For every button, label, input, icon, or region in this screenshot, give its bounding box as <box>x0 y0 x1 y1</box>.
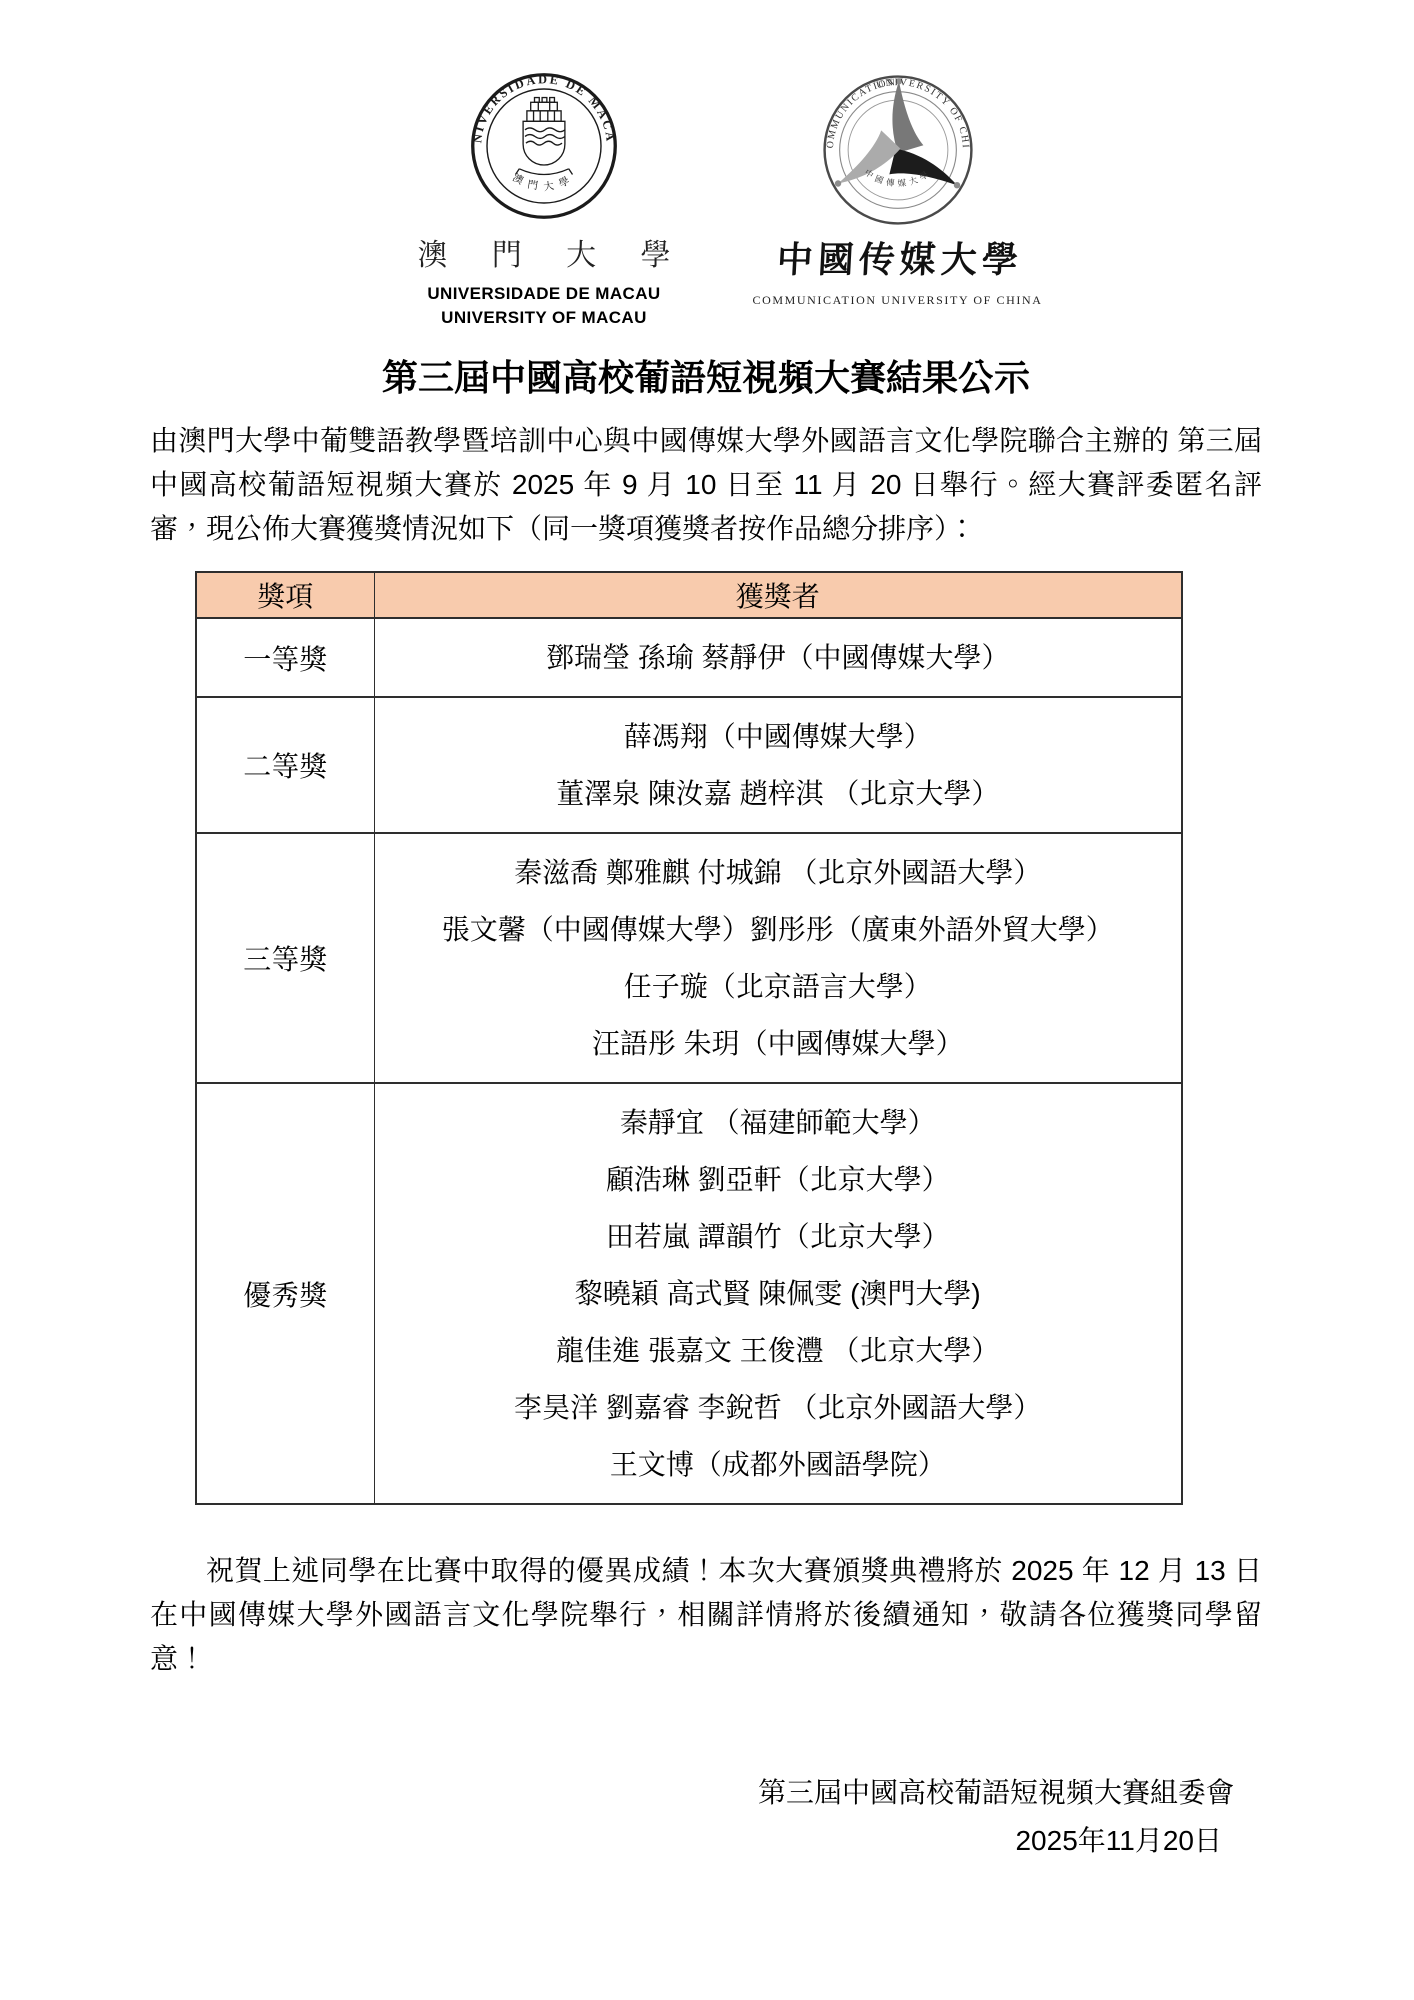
svg-text:UNIVERSIDADE DE MACAU: UNIVERSIDADE DE MACAU <box>468 70 618 144</box>
award-label: 一等獎 <box>196 618 374 697</box>
winner-line: 董澤泉 陳汝嘉 趙梓淇 （北京大學） <box>375 765 1182 822</box>
winner-line: 王文博（成都外國語學院） <box>375 1436 1182 1493</box>
table-header-winners: 獲獎者 <box>374 572 1182 618</box>
table-row-second-prize: 二等獎 薛馮翔（中國傳媒大學） 董澤泉 陳汝嘉 趙梓淇 （北京大學） <box>196 697 1182 833</box>
winner-line: 秦靜宜 （福建師範大學） <box>375 1094 1182 1151</box>
winner-line: 鄧瑞瑩 孫瑜 蔡靜伊（中國傳媒大學） <box>375 629 1182 686</box>
winner-line: 薛馮翔（中國傳媒大學） <box>375 708 1182 765</box>
winners-cell: 薛馮翔（中國傳媒大學） 董澤泉 陳汝嘉 趙梓淇 （北京大學） <box>374 697 1182 833</box>
signature-block: 第三屆中國高校葡語短視頻大賽組委會 2025年11月20日 <box>150 1769 1262 1865</box>
award-label: 優秀獎 <box>196 1083 374 1504</box>
cuc-seal-icon: COMMUNICATION UNIVERSITY OF CHINA 中國傳媒大學 <box>818 70 978 230</box>
winner-line: 田若嵐 譚韻竹（北京大學） <box>375 1208 1182 1265</box>
winners-cell: 秦靜宜 （福建師範大學） 顧浩琳 劉亞軒（北京大學） 田若嵐 譚韻竹（北京大學）… <box>374 1083 1182 1504</box>
winner-line: 龍佳進 張嘉文 王俊灃 （北京大學） <box>375 1322 1182 1379</box>
um-name-english: UNIVERSITY OF MACAU <box>441 306 647 330</box>
cuc-logo: COMMUNICATION UNIVERSITY OF CHINA 中國傳媒大學… <box>752 70 1042 308</box>
winner-line: 汪語彤 朱玥（中國傳媒大學） <box>375 1015 1182 1072</box>
intro-paragraph: 由澳門大學中葡雙語教學暨培訓中心與中國傳媒大學外國語言文化學院聯合主辦的 第三屆… <box>150 419 1262 551</box>
winner-line: 張文馨（中國傳媒大學）劉彤彤（廣東外語外貿大學） <box>375 901 1182 958</box>
signature-date: 2025年11月20日 <box>150 1817 1262 1865</box>
document-page: UNIVERSIDADE DE MACAU 澳門大學 澳 門 大 學 UNIVE… <box>0 0 1414 2000</box>
winners-cell: 秦滋喬 鄭雅麒 付城錦 （北京外國語大學） 張文馨（中國傳媒大學）劉彤彤（廣東外… <box>374 833 1182 1083</box>
um-seal-ring-text: UNIVERSIDADE DE MACAU <box>468 70 618 144</box>
table-row-third-prize: 三等獎 秦滋喬 鄭雅麒 付城錦 （北京外國語大學） 張文馨（中國傳媒大學）劉彤彤… <box>196 833 1182 1083</box>
awards-table: 獎項 獲獎者 一等獎 鄧瑞瑩 孫瑜 蔡靜伊（中國傳媒大學） 二等獎 薛馮翔（中國… <box>195 571 1183 1505</box>
um-name-portuguese: UNIVERSIDADE DE MACAU <box>427 282 660 306</box>
um-cjk-name: 澳 門 大 學 <box>399 230 688 274</box>
winner-line: 秦滋喬 鄭雅麒 付城錦 （北京外國語大學） <box>375 844 1182 901</box>
winner-line: 李昊洋 劉嘉睿 李銳哲 （北京外國語大學） <box>375 1379 1182 1436</box>
closing-paragraph: 祝賀上述同學在比賽中取得的優異成績！本次大賽頒獎典禮將於 2025 年 12 月… <box>150 1549 1262 1681</box>
document-body: 第三屆中國高校葡語短視頻大賽結果公示 由澳門大學中葡雙語教學暨培訓中心與中國傳媒… <box>0 350 1414 1865</box>
table-row-first-prize: 一等獎 鄧瑞瑩 孫瑜 蔡靜伊（中國傳媒大學） <box>196 618 1182 697</box>
table-row-excellence-award: 優秀獎 秦靜宜 （福建師範大學） 顧浩琳 劉亞軒（北京大學） 田若嵐 譚韻竹（北… <box>196 1083 1182 1504</box>
signature-org: 第三屆中國高校葡語短視頻大賽組委會 <box>150 1769 1262 1817</box>
winner-line: 黎曉穎 高式賢 陳佩雯 (澳門大學) <box>375 1265 1182 1322</box>
award-label: 二等獎 <box>196 697 374 833</box>
cuc-name-english: COMMUNICATION UNIVERSITY OF CHINA <box>752 293 1042 308</box>
header-logos: UNIVERSIDADE DE MACAU 澳門大學 澳 門 大 學 UNIVE… <box>28 0 1414 330</box>
award-label: 三等獎 <box>196 833 374 1083</box>
um-logo: UNIVERSIDADE DE MACAU 澳門大學 澳 門 大 學 UNIVE… <box>399 70 688 330</box>
cuc-cjk-name: 中國传媒大學 <box>771 232 1025 283</box>
winner-line: 顧浩琳 劉亞軒（北京大學） <box>375 1151 1182 1208</box>
winners-cell: 鄧瑞瑩 孫瑜 蔡靜伊（中國傳媒大學） <box>374 618 1182 697</box>
table-header-award: 獎項 <box>196 572 374 618</box>
table-header-row: 獎項 獲獎者 <box>196 572 1182 618</box>
um-seal-icon: UNIVERSIDADE DE MACAU 澳門大學 <box>468 70 620 222</box>
page-title: 第三屆中國高校葡語短視頻大賽結果公示 <box>150 350 1262 401</box>
winner-line: 任子璇（北京語言大學） <box>375 958 1182 1015</box>
